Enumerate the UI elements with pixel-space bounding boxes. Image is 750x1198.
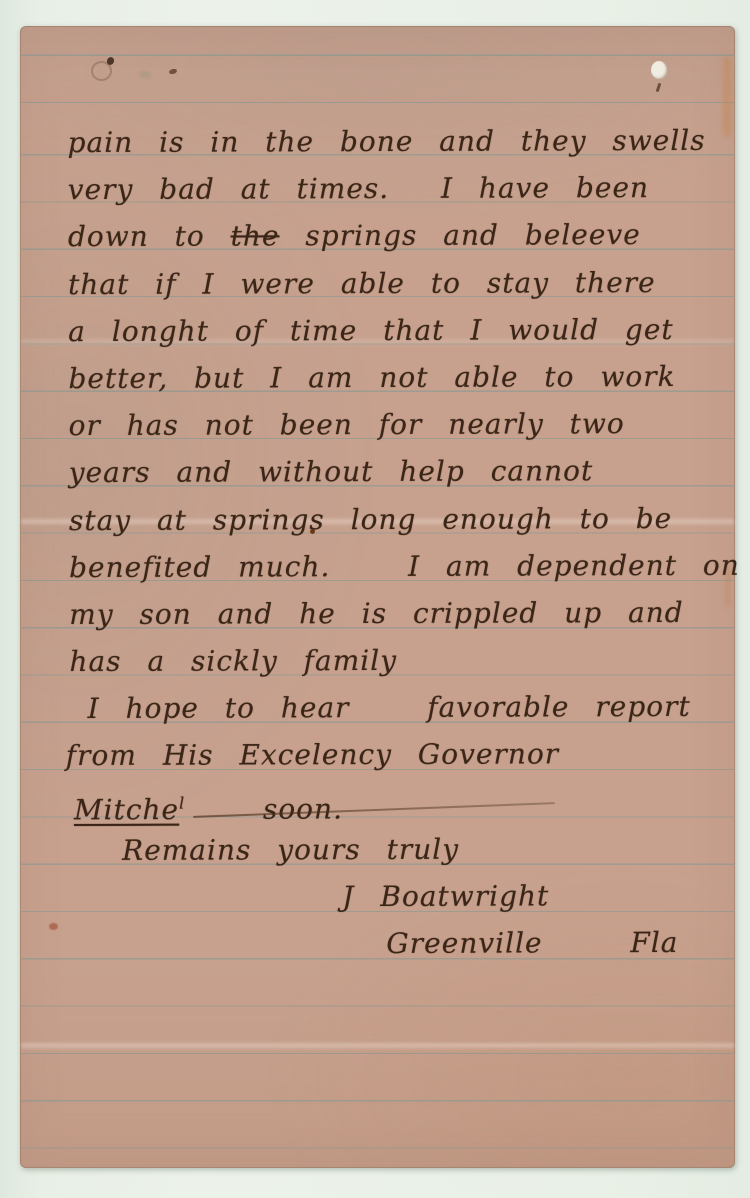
handwriting-line: pain is in the bone and they swells — [68, 117, 725, 166]
signature-place: Greenville Fla — [386, 919, 727, 967]
handwriting-line: I hope to hear favorable report — [87, 683, 726, 732]
closing-line: Remains yours truly — [122, 825, 727, 874]
line-segment: soon. — [185, 792, 343, 826]
paper-chip — [651, 61, 667, 79]
underlined-word: Mitche — [74, 793, 179, 826]
line-segment: down to — [68, 220, 231, 254]
handwriting-line: Mitchel soon. — [74, 777, 727, 826]
handwriting-line: a longht of time that I would get — [68, 306, 725, 355]
paper-smudge — [139, 71, 151, 78]
handwriting-line: years and without help cannot — [69, 447, 726, 496]
handwriting: pain is in the bone and they swells very… — [20, 117, 728, 969]
handwriting-line: or has not been for nearly two — [69, 400, 726, 449]
ink-stain — [91, 61, 112, 81]
handwriting-line: stay at springs long enough to be — [69, 494, 726, 543]
handwriting-line: very bad at times. I have been — [68, 164, 725, 213]
letter-paper: pain is in the bone and they swells very… — [20, 26, 735, 1168]
handwriting-line: from His Excelency Governor — [66, 730, 727, 779]
signature-name: J Boatwright — [342, 872, 727, 921]
handwriting-line: benefited much. I am dependent on — [69, 541, 726, 590]
handwriting-line: has a sickly family — [69, 636, 726, 685]
handwriting-line: better, but I am not able to work — [68, 353, 725, 402]
paper-crease — [21, 1043, 734, 1048]
line-segment: springs and beleeve — [279, 218, 640, 252]
handwriting-line: down to the springs and beleeve — [68, 211, 725, 260]
struck-word: the — [231, 220, 280, 253]
handwriting-line: that if I were able to stay there — [68, 258, 725, 307]
handwriting-line: my son and he is crippled up and — [69, 589, 726, 638]
